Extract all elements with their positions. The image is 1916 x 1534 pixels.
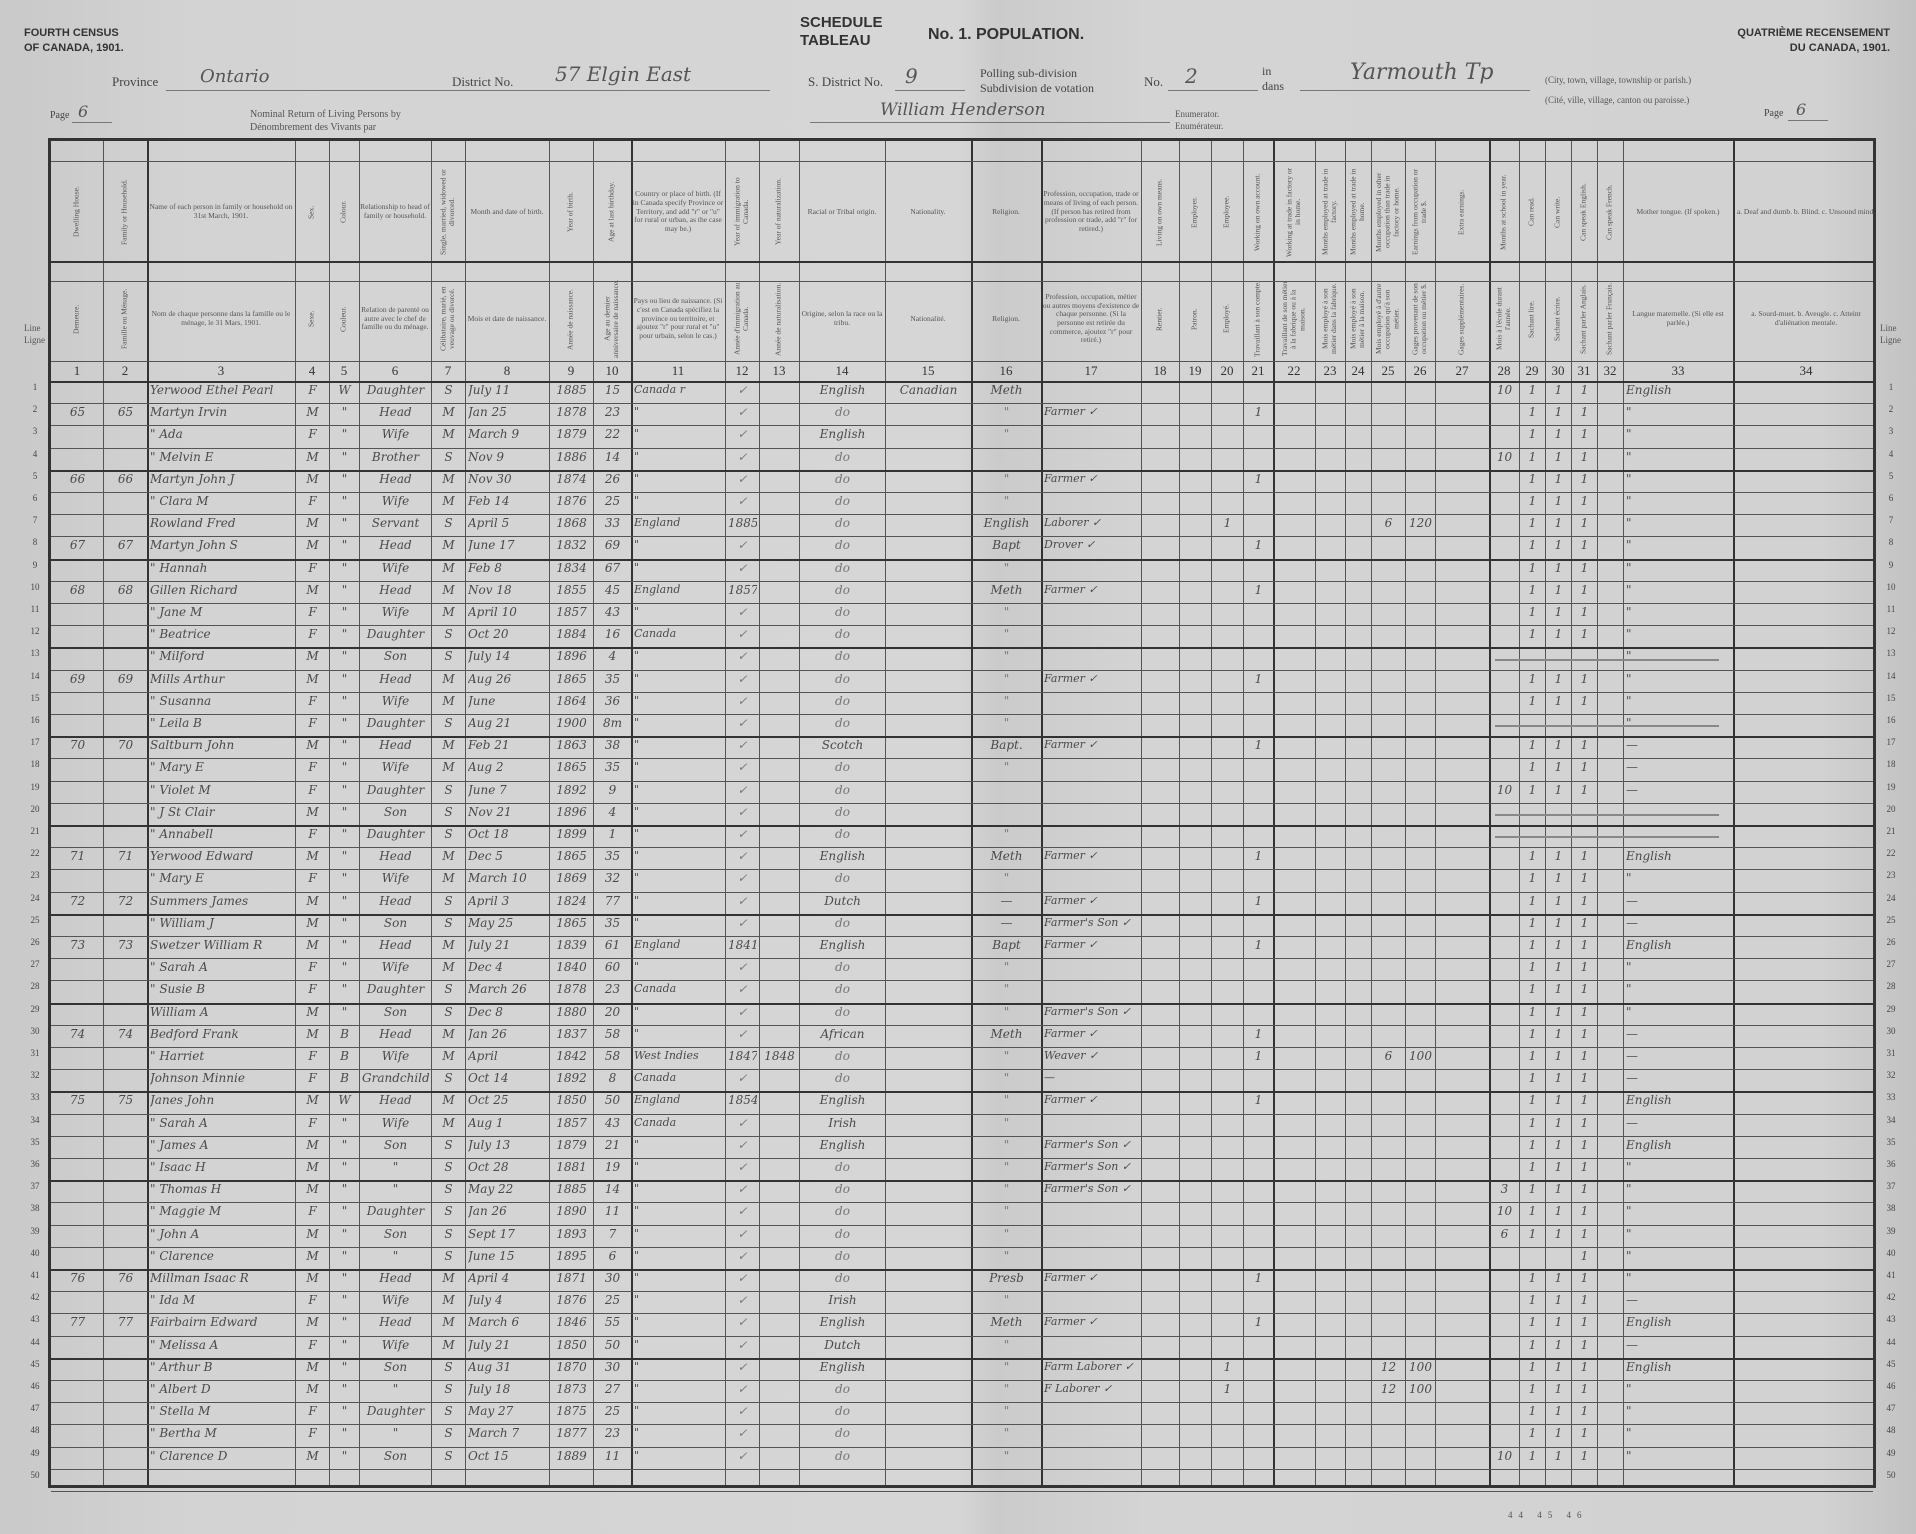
cell-months: 12 (1374, 1378, 1403, 1400)
census-title-en: FOURTH CENSUS OF CANADA, 1901. (24, 26, 124, 56)
cell-ms: M (434, 867, 463, 889)
cell-eng: 1 (1574, 1156, 1595, 1178)
col-number-8: 8 (466, 363, 548, 379)
cell-rel: Servant (362, 512, 429, 534)
cell-fam: 68 (106, 579, 145, 601)
cell-birth: " (634, 601, 723, 623)
cell-read: 1 (1522, 446, 1543, 468)
line-number: 34 (1880, 1115, 1902, 1125)
cell-name: " William J (150, 912, 293, 934)
cell-age: 50 (596, 1334, 629, 1356)
cell-imm: ✓ (728, 801, 757, 823)
col-number-34: 34 (1734, 363, 1878, 379)
cell-rel: Wife (362, 490, 429, 512)
col-header-en-34: a. Deaf and dumb. b. Blind. c. Unsound m… (1734, 165, 1878, 259)
cell-ms: M (434, 423, 463, 445)
col-header-fr-7: Célibataire, marié, en veuvage ou divorc… (432, 279, 464, 359)
cell-dob: Oct 28 (468, 1156, 547, 1178)
cell-ms: M (434, 401, 463, 423)
cell-yob: 1865 (552, 668, 591, 690)
cell-ms: S (434, 1134, 463, 1156)
cell-imm: ✓ (728, 978, 757, 1000)
cell-read: 1 (1522, 1200, 1543, 1222)
cell-dob: Sept 17 (468, 1223, 547, 1245)
cell-name: Summers James (150, 890, 293, 912)
cell-write: 1 (1548, 623, 1569, 645)
cell-name: " Melvin E (150, 446, 293, 468)
cell-rel: Head (362, 579, 429, 601)
cell-age: 30 (596, 1267, 629, 1289)
cell-rel: Head (362, 890, 429, 912)
cell-rel: Daughter (362, 1400, 429, 1422)
cell-col: " (332, 1178, 357, 1200)
cell-fam: 73 (106, 934, 145, 956)
cell-eng: 1 (1574, 512, 1595, 534)
cell-birth: " (634, 734, 723, 756)
cell-birth: " (634, 557, 723, 579)
col-header-en-4: Sex. (296, 165, 328, 259)
col-header-fr-23: Mois employé à son métier dans la fabriq… (1316, 279, 1344, 359)
cell-age: 4 (596, 801, 629, 823)
cell-tongue: " (1626, 601, 1731, 623)
cell-rel16: English (974, 512, 1039, 534)
cell-imm: ✓ (728, 867, 757, 889)
cell-age: 11 (596, 1445, 629, 1467)
line-number: 45 (1880, 1359, 1902, 1369)
cell-rel16: " (974, 978, 1039, 1000)
cell-yob: 1875 (552, 1400, 591, 1422)
cell-eng: 1 (1574, 1223, 1595, 1245)
cell-school: 10 (1492, 379, 1517, 401)
cell-dob: Aug 26 (468, 668, 547, 690)
cell-write: 1 (1548, 1089, 1569, 1111)
cell-name: " Bertha M (150, 1422, 293, 1444)
cell-name: Gillen Richard (150, 579, 293, 601)
cell-eng: 1 (1574, 534, 1595, 556)
cell-imm: ✓ (728, 712, 757, 734)
cell-ms: M (434, 934, 463, 956)
cell-dob: June 15 (468, 1245, 547, 1267)
cell-yob: 1877 (552, 1422, 591, 1444)
cell-imm: ✓ (728, 1378, 757, 1400)
col-number-22: 22 (1274, 363, 1314, 379)
cell-yob: 1834 (552, 557, 591, 579)
cell-sex: M (298, 845, 327, 867)
cell-rel: Head (362, 468, 429, 490)
cell-yob: 1873 (552, 1378, 591, 1400)
cell-col: " (332, 1223, 357, 1245)
cell-rel: Head (362, 1267, 429, 1289)
col-header-en-28: Months at school in year. (1490, 165, 1518, 259)
cell-rel16: " (974, 956, 1039, 978)
cell-birth: " (634, 1023, 723, 1045)
cell-ms: M (434, 1089, 463, 1111)
cell-rel16: " (974, 1089, 1039, 1111)
cell-imm: ✓ (728, 1267, 757, 1289)
cell-write: 1 (1548, 1200, 1569, 1222)
cell-eng: 1 (1574, 468, 1595, 490)
cell-read: 1 (1522, 956, 1543, 978)
cell-fam: 65 (106, 401, 145, 423)
cell-sex: F (298, 1422, 327, 1444)
cell-yob: 1896 (552, 645, 591, 667)
section-divider (51, 161, 1873, 162)
cell-age: 25 (596, 1400, 629, 1422)
cell-rel16: " (974, 468, 1039, 490)
cell-eng: 1 (1574, 623, 1595, 645)
cell-tongue: " (1626, 490, 1731, 512)
page-value-right: 6 (1796, 100, 1806, 119)
cell-rel16: " (974, 1112, 1039, 1134)
cell-sex: M (298, 668, 327, 690)
cell-orig: do (802, 690, 883, 712)
cell-col: " (332, 557, 357, 579)
cell-imm: ✓ (728, 823, 757, 845)
cell-occ: — (1044, 1067, 1139, 1089)
cell-orig: do (802, 912, 883, 934)
cell-rel16: " (974, 1178, 1039, 1200)
line-label-right: Line Ligne (1880, 322, 1901, 346)
cell-tongue: " (1626, 1245, 1731, 1267)
census-page: FOURTH CENSUS OF CANADA, 1901. SCHEDULE … (0, 0, 1916, 1534)
line-number: 22 (24, 848, 46, 858)
cell-col: " (332, 801, 357, 823)
cell-write: 1 (1548, 1001, 1569, 1023)
cell-yob: 1824 (552, 890, 591, 912)
line-number: 30 (24, 1026, 46, 1036)
cell-name: " Melissa A (150, 1334, 293, 1356)
cell-occ: Laborer ✓ (1044, 512, 1139, 534)
cell-orig: Irish (802, 1289, 883, 1311)
line-number: 11 (24, 604, 46, 614)
cell-rel16: " (974, 423, 1039, 445)
cell-orig: do (802, 490, 883, 512)
cell-yob: 1870 (552, 1356, 591, 1378)
col-number-21: 21 (1244, 363, 1272, 379)
cell-dob: April 5 (468, 512, 547, 534)
cell-age: 35 (596, 912, 629, 934)
cell-birth: " (634, 1422, 723, 1444)
cell-own: 1 (1246, 668, 1271, 690)
cell-sex: M (298, 1178, 327, 1200)
cell-col: " (332, 912, 357, 934)
cell-sex: M (298, 1311, 327, 1333)
cell-name: Rowland Fred (150, 512, 293, 534)
cell-read: 1 (1522, 690, 1543, 712)
col-header-fr-8: Mois et date de naissance. (466, 279, 548, 359)
cell-write: 1 (1548, 668, 1569, 690)
cell-age: 26 (596, 468, 629, 490)
cell-write: 1 (1548, 1378, 1569, 1400)
cell-age: 35 (596, 756, 629, 778)
cell-rel16: " (974, 1223, 1039, 1245)
cell-birth: " (634, 534, 723, 556)
cell-tongue: " (1626, 1156, 1731, 1178)
cell-orig: do (802, 623, 883, 645)
enumerator-value: William Henderson (880, 100, 1045, 120)
cell-col: " (332, 601, 357, 623)
cell-read: 1 (1522, 1134, 1543, 1156)
cell-tongue: " (1626, 557, 1731, 579)
cell-orig: do (802, 1267, 883, 1289)
line-number: 31 (24, 1048, 46, 1058)
line-number: 19 (1880, 782, 1902, 792)
cell-orig: do (802, 1001, 883, 1023)
col-number-18: 18 (1142, 363, 1178, 379)
cell-orig: English (802, 1356, 883, 1378)
line-number: 33 (24, 1092, 46, 1102)
cell-eng: 1 (1574, 934, 1595, 956)
cell-sex: M (298, 1445, 327, 1467)
cell-orig: do (802, 1156, 883, 1178)
cell-dob: Nov 30 (468, 468, 547, 490)
cell-rel: Wife (362, 956, 429, 978)
cell-imm: ✓ (728, 845, 757, 867)
cell-dob: Jan 26 (468, 1023, 547, 1045)
cell-age: 43 (596, 601, 629, 623)
cell-col: " (332, 534, 357, 556)
col-number-23: 23 (1316, 363, 1344, 379)
cell-occ: Farmer's Son ✓ (1044, 912, 1139, 934)
cell-age: 16 (596, 623, 629, 645)
cell-orig: English (802, 1089, 883, 1111)
line-label-left: Line Ligne (24, 322, 45, 346)
cell-sex: F (298, 379, 327, 401)
line-number: 37 (1880, 1181, 1902, 1191)
cell-tongue: " (1626, 1001, 1731, 1023)
cell-dob: July 21 (468, 934, 547, 956)
col-header-fr-15: Nationalité. (886, 279, 970, 359)
cell-months: 6 (1374, 1045, 1403, 1067)
cell-ms: S (434, 1422, 463, 1444)
cell-rel: Daughter (362, 779, 429, 801)
cell-rel16: " (974, 1334, 1039, 1356)
cell-sex: M (298, 1267, 327, 1289)
col-number-33: 33 (1624, 363, 1732, 379)
cell-imm: ✓ (728, 690, 757, 712)
line-number: 35 (1880, 1137, 1902, 1147)
cell-orig: English (802, 934, 883, 956)
line-number: 32 (1880, 1070, 1902, 1080)
cell-own: 1 (1246, 1023, 1271, 1045)
cell-occ: Farmer ✓ (1044, 468, 1139, 490)
cell-col: " (332, 756, 357, 778)
cell-eng: 1 (1574, 1311, 1595, 1333)
col-header-en-3: Name of each person in family or househo… (148, 165, 294, 259)
col-header-en-14: Racial or Tribal origin. (800, 165, 884, 259)
cell-dob: May 27 (468, 1400, 547, 1422)
cell-eng: 1 (1574, 1400, 1595, 1422)
cell-age: 7 (596, 1223, 629, 1245)
cell-age: 60 (596, 956, 629, 978)
line-number: 13 (1880, 648, 1902, 658)
cell-write: 1 (1548, 446, 1569, 468)
cell-yob: 1881 (552, 1156, 591, 1178)
cell-rel16: " (974, 1001, 1039, 1023)
cell-tongue: " (1626, 623, 1731, 645)
cell-write: 1 (1548, 956, 1569, 978)
cell-rel: Wife (362, 690, 429, 712)
cell-orig: do (802, 1223, 883, 1245)
cell-rel: Head (362, 934, 429, 956)
cell-eng: 1 (1574, 867, 1595, 889)
cell-rel16: Meth (974, 1311, 1039, 1333)
line-number: 38 (1880, 1203, 1902, 1213)
cell-tongue: English (1626, 1089, 1731, 1111)
cell-dob: Feb 21 (468, 734, 547, 756)
cell-dw: 65 (54, 401, 101, 423)
cell-occ: Farmer ✓ (1044, 401, 1139, 423)
cell-rel16: " (974, 601, 1039, 623)
cell-rel16: — (974, 912, 1039, 934)
cell-age: 23 (596, 978, 629, 1000)
cell-write: 1 (1548, 1023, 1569, 1045)
cell-imm: ✓ (728, 1200, 757, 1222)
cell-rel: " (362, 1378, 429, 1400)
cell-dw: 66 (54, 468, 101, 490)
cell-write: 1 (1548, 978, 1569, 1000)
cell-eng: 1 (1574, 1112, 1595, 1134)
line-number: 18 (1880, 759, 1902, 769)
cell-eng: 1 (1574, 1001, 1595, 1023)
place-value: Yarmouth Tp (1350, 60, 1493, 85)
cell-rel: " (362, 1156, 429, 1178)
cell-sex: M (298, 1089, 327, 1111)
col-header-fr-14: Origine, selon la race ou la tribu. (800, 279, 884, 359)
cell-name: " Clara M (150, 490, 293, 512)
cell-own: 1 (1246, 1089, 1271, 1111)
cell-yob: 1855 (552, 579, 591, 601)
col-header-en-26: Earnings from occupation or trade $. (1406, 165, 1434, 259)
cell-birth: " (634, 867, 723, 889)
cell-own: 1 (1246, 468, 1271, 490)
cell-rel16: " (974, 1378, 1039, 1400)
col-number-29: 29 (1520, 363, 1544, 379)
cell-imm: ✓ (728, 1023, 757, 1045)
cell-yob: 1885 (552, 379, 591, 401)
cell-read: 1 (1522, 978, 1543, 1000)
cell-yob: 1878 (552, 401, 591, 423)
col-number-30: 30 (1546, 363, 1570, 379)
cell-occ: Farmer ✓ (1044, 1267, 1139, 1289)
cell-dob: Aug 21 (468, 712, 547, 734)
cell-col: " (332, 1400, 357, 1422)
cell-orig: do (802, 779, 883, 801)
col-header-fr-30: Sachant écrire. (1546, 279, 1570, 359)
cell-age: 9 (596, 779, 629, 801)
cell-rel16: Presb (974, 1267, 1039, 1289)
cell-name: " Maggie M (150, 1200, 293, 1222)
cell-orig: do (802, 401, 883, 423)
cell-age: 55 (596, 1311, 629, 1333)
cell-occ: Farmer ✓ (1044, 1023, 1139, 1045)
cell-birth: " (634, 1445, 723, 1467)
cell-occ: Farmer ✓ (1044, 845, 1139, 867)
col-header-fr-5: Couleur. (330, 279, 358, 359)
col-header-en-2: Family or Household. (104, 165, 146, 259)
cell-orig: English (802, 423, 883, 445)
cell-ms: M (434, 756, 463, 778)
cell-dob: July 14 (468, 645, 547, 667)
cell-ms: M (434, 1289, 463, 1311)
cell-birth: Canada (634, 1067, 723, 1089)
cell-imm: ✓ (728, 1245, 757, 1267)
cell-write: 1 (1548, 534, 1569, 556)
cell-sex: M (298, 1356, 327, 1378)
cell-rel: Son (362, 801, 429, 823)
cell-col: " (332, 934, 357, 956)
cell-sex: F (298, 1200, 327, 1222)
cell-age: 35 (596, 845, 629, 867)
cell-birth: " (634, 1200, 723, 1222)
cell-read: 1 (1522, 845, 1543, 867)
col-header-fr-4: Sexe. (296, 279, 328, 359)
col-header-fr-10: Age au dernier anniversaire de naissance… (594, 279, 630, 359)
cell-birth: " (634, 956, 723, 978)
cell-emp: 1 (1214, 512, 1241, 534)
cell-eng: 1 (1574, 1289, 1595, 1311)
line-number: 39 (24, 1226, 46, 1236)
cell-eng: 1 (1574, 734, 1595, 756)
cell-age: 67 (596, 557, 629, 579)
cell-col: B (332, 1023, 357, 1045)
cell-rel16: Bapt (974, 534, 1039, 556)
cell-birth: " (634, 912, 723, 934)
cell-rel16: " (974, 823, 1039, 845)
cell-name: " Milford (150, 645, 293, 667)
cell-birth: " (634, 423, 723, 445)
cell-tongue: " (1626, 668, 1731, 690)
cell-read: 1 (1522, 1001, 1543, 1023)
cell-eng: 1 (1574, 890, 1595, 912)
cell-ms: S (434, 823, 463, 845)
line-number: 43 (1880, 1314, 1902, 1324)
cell-tongue: " (1626, 1223, 1731, 1245)
cell-yob: 1837 (552, 1023, 591, 1045)
cell-imm: 1847 (728, 1045, 757, 1067)
cell-dob: July 11 (468, 379, 547, 401)
cell-ms: M (434, 1334, 463, 1356)
line-number: 42 (24, 1292, 46, 1302)
cell-yob: 1876 (552, 1289, 591, 1311)
cell-fam: 75 (106, 1089, 145, 1111)
cell-eng: 1 (1574, 978, 1595, 1000)
cell-sex: M (298, 734, 327, 756)
cell-birth: " (634, 823, 723, 845)
cell-rel16: Bapt. (974, 734, 1039, 756)
row-divider (51, 1469, 1873, 1470)
cell-fam: 77 (106, 1311, 145, 1333)
cell-write: 1 (1548, 1112, 1569, 1134)
cell-rel16: " (974, 1400, 1039, 1422)
cell-age: 23 (596, 401, 629, 423)
line-number: 5 (1880, 471, 1902, 481)
cell-sex: M (298, 1001, 327, 1023)
cell-read: 1 (1522, 779, 1543, 801)
cell-write: 1 (1548, 1045, 1569, 1067)
cell-tongue: English (1626, 1134, 1731, 1156)
cell-read: 1 (1522, 668, 1543, 690)
cell-dob: May 25 (468, 912, 547, 934)
cell-name: " Annabell (150, 823, 293, 845)
line-number: 12 (24, 626, 46, 636)
cell-imm: ✓ (728, 645, 757, 667)
cell-eng: 1 (1574, 1356, 1595, 1378)
cell-age: 45 (596, 579, 629, 601)
cell-dob: Jan 26 (468, 1200, 547, 1222)
cell-yob: 1892 (552, 779, 591, 801)
cell-orig: English (802, 1134, 883, 1156)
